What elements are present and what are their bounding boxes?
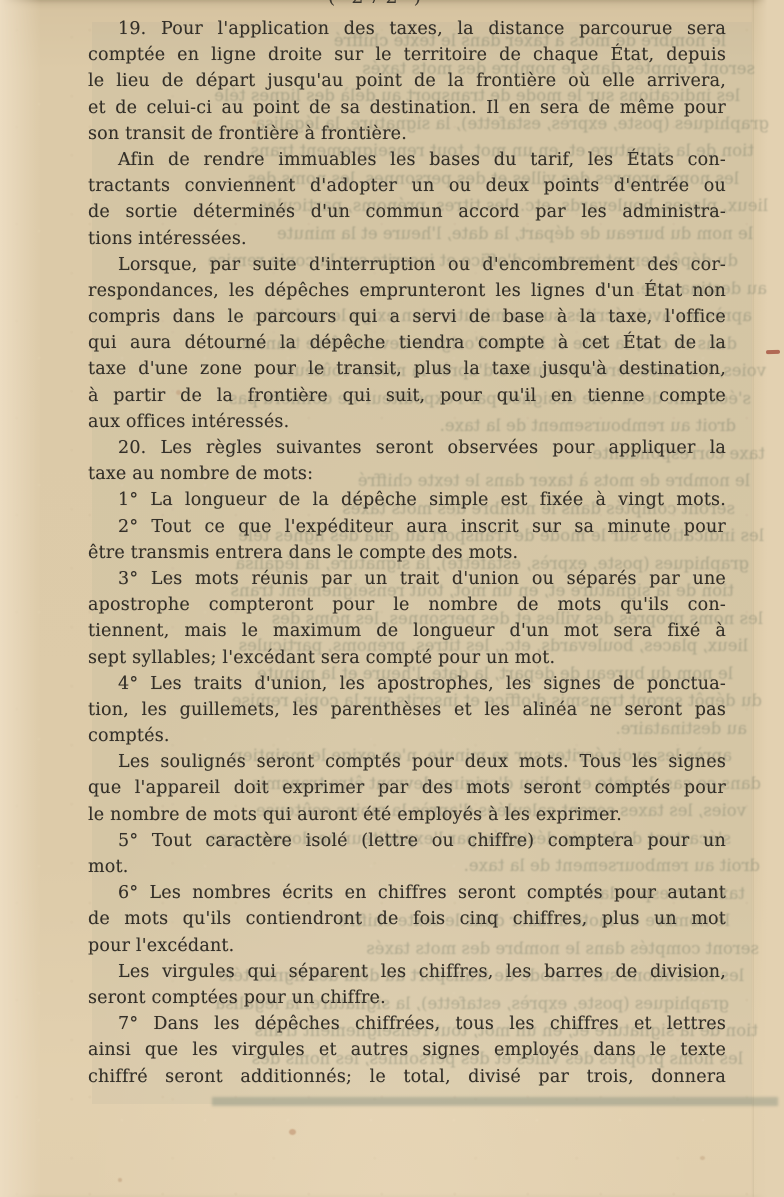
text-line: 2° Tout ce que l'expéditeur aura inscrit… [88,514,726,540]
text-line: seront comptées pour un chiffre. [88,985,726,1011]
text-line: tiennent, mais le maximum de longueur d'… [88,618,726,644]
book-page: le nombre de mots à taxer dans le texte … [0,0,784,1197]
text-line: et de celui-ci au point de sa destinatio… [88,95,726,121]
text-line: de sortie déterminés d'un commun accord … [88,199,726,225]
paper-speck [700,1156,705,1160]
text-line: 3° Les mots réunis par un trait d'union … [88,566,726,592]
text-line: 5° Tout caractère isolé (lettre ou chiff… [88,828,726,854]
paper-speck [118,1178,122,1182]
text-line: compris dans le parcours qui a servi de … [88,304,726,330]
text-line: chiffré seront additionnés; le total, di… [88,1064,726,1090]
text-line: tractants conviennent d'adopter un ou de… [88,173,726,199]
paper-speck [252,120,256,124]
paragraph: Lorsque, par suite d'interruption ou d'e… [88,252,726,435]
text-line: taxe au nombre de mots: [88,461,726,487]
text-line: comptés. [88,723,726,749]
text-line: Lorsque, par suite d'interruption ou d'e… [88,252,726,278]
text-line: taxe d'une zone pour le transit, plus la… [88,356,726,382]
paragraph: 3° Les mots réunis par un trait d'union … [88,566,726,671]
text-line: 4° Les traits d'union, les apostrophes, … [88,671,726,697]
text-line: mot. [88,854,726,880]
red-margin-mark [766,350,780,354]
text-line: Afin de rendre immuables les bases du ta… [88,147,726,173]
text-line: apostrophe compteront pour le nombre de … [88,592,726,618]
text-line: pour l'excédant. [88,933,726,959]
paragraph: 2° Tout ce que l'expéditeur aura inscrit… [88,514,726,566]
paragraph: 4° Les traits d'union, les apostrophes, … [88,671,726,750]
text-line: à partir de la frontière qui suit, pour … [88,383,726,409]
text-line: respondances, les dépêches emprunteront … [88,278,726,304]
text-line: aux offices intéressés. [88,409,726,435]
paragraph: 1° La longueur de la dépêche simple est … [88,487,726,513]
paragraph: 5° Tout caractère isolé (lettre ou chiff… [88,828,726,880]
text-line: 19. Pour l'application des taxes, la dis… [88,16,726,42]
paragraph: Les virgules qui séparent les chiffres, … [88,959,726,1011]
paper-speck [289,1129,296,1135]
text-line: de mots qu'ils contiendront de fois cinq… [88,906,726,932]
text-line: son transit de frontière à frontière. [88,121,726,147]
paragraph: 7° Dans les dépêches chiffrées, tous les… [88,1011,726,1090]
text-line: sept syllables; l'excédant sera compté p… [88,645,726,671]
bleedthrough-band [212,1097,778,1106]
text-line: le lieu de départ jusqu'au point de la f… [88,68,726,94]
paragraph: Les soulignés seront comptés pour deux m… [88,749,726,828]
paragraph: Afin de rendre immuables les bases du ta… [88,147,726,252]
text-line: qui aura détourné la dépêche tiendra com… [88,330,726,356]
text-line: Les virgules qui séparent les chiffres, … [88,959,726,985]
text-line: 7° Dans les dépêches chiffrées, tous les… [88,1011,726,1037]
text-line: le nombre de mots qui auront été employé… [88,802,726,828]
paragraph: 6° Les nombres écrits en chiffres seront… [88,880,726,959]
text-line: comptée en ligne droite sur le territoir… [88,42,726,68]
text-line: être transmis entrera dans le compte des… [88,540,726,566]
text-line: Les soulignés seront comptés pour deux m… [88,749,726,775]
text-line: 6° Les nombres écrits en chiffres seront… [88,880,726,906]
paper-speck [176,390,181,395]
page-number: ( 272 ) [0,0,754,12]
page-right-edge [754,0,784,1197]
paragraph: 20. Les règles suivantes seront observée… [88,435,726,487]
text-line: tions intéressées. [88,226,726,252]
text-line: 1° La longueur de la dépêche simple est … [88,487,726,513]
text-block: 19. Pour l'application des taxes, la dis… [88,16,726,1090]
text-line: que l'appareil doit exprimer par des mot… [88,775,726,801]
text-line: ainsi que les virgules et autres signes … [88,1037,726,1063]
page-left-edge [0,0,48,1197]
paragraph: 19. Pour l'application des taxes, la dis… [88,16,726,147]
text-line: 20. Les règles suivantes seront observée… [88,435,726,461]
text-line: tion, les guillemets, les parenthèses et… [88,697,726,723]
